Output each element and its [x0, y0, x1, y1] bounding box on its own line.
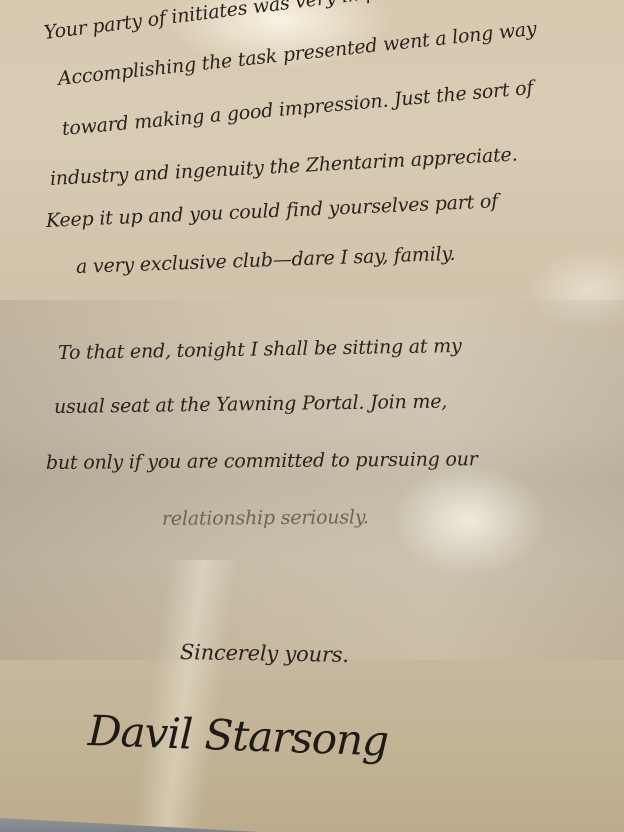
- letter-line: relationship seriously.: [162, 506, 369, 530]
- signature: Davil Starsong: [87, 706, 389, 765]
- letter-line: but only if you are committed to pursuin…: [46, 448, 478, 474]
- closing-salutation: Sincerely yours.: [180, 640, 349, 667]
